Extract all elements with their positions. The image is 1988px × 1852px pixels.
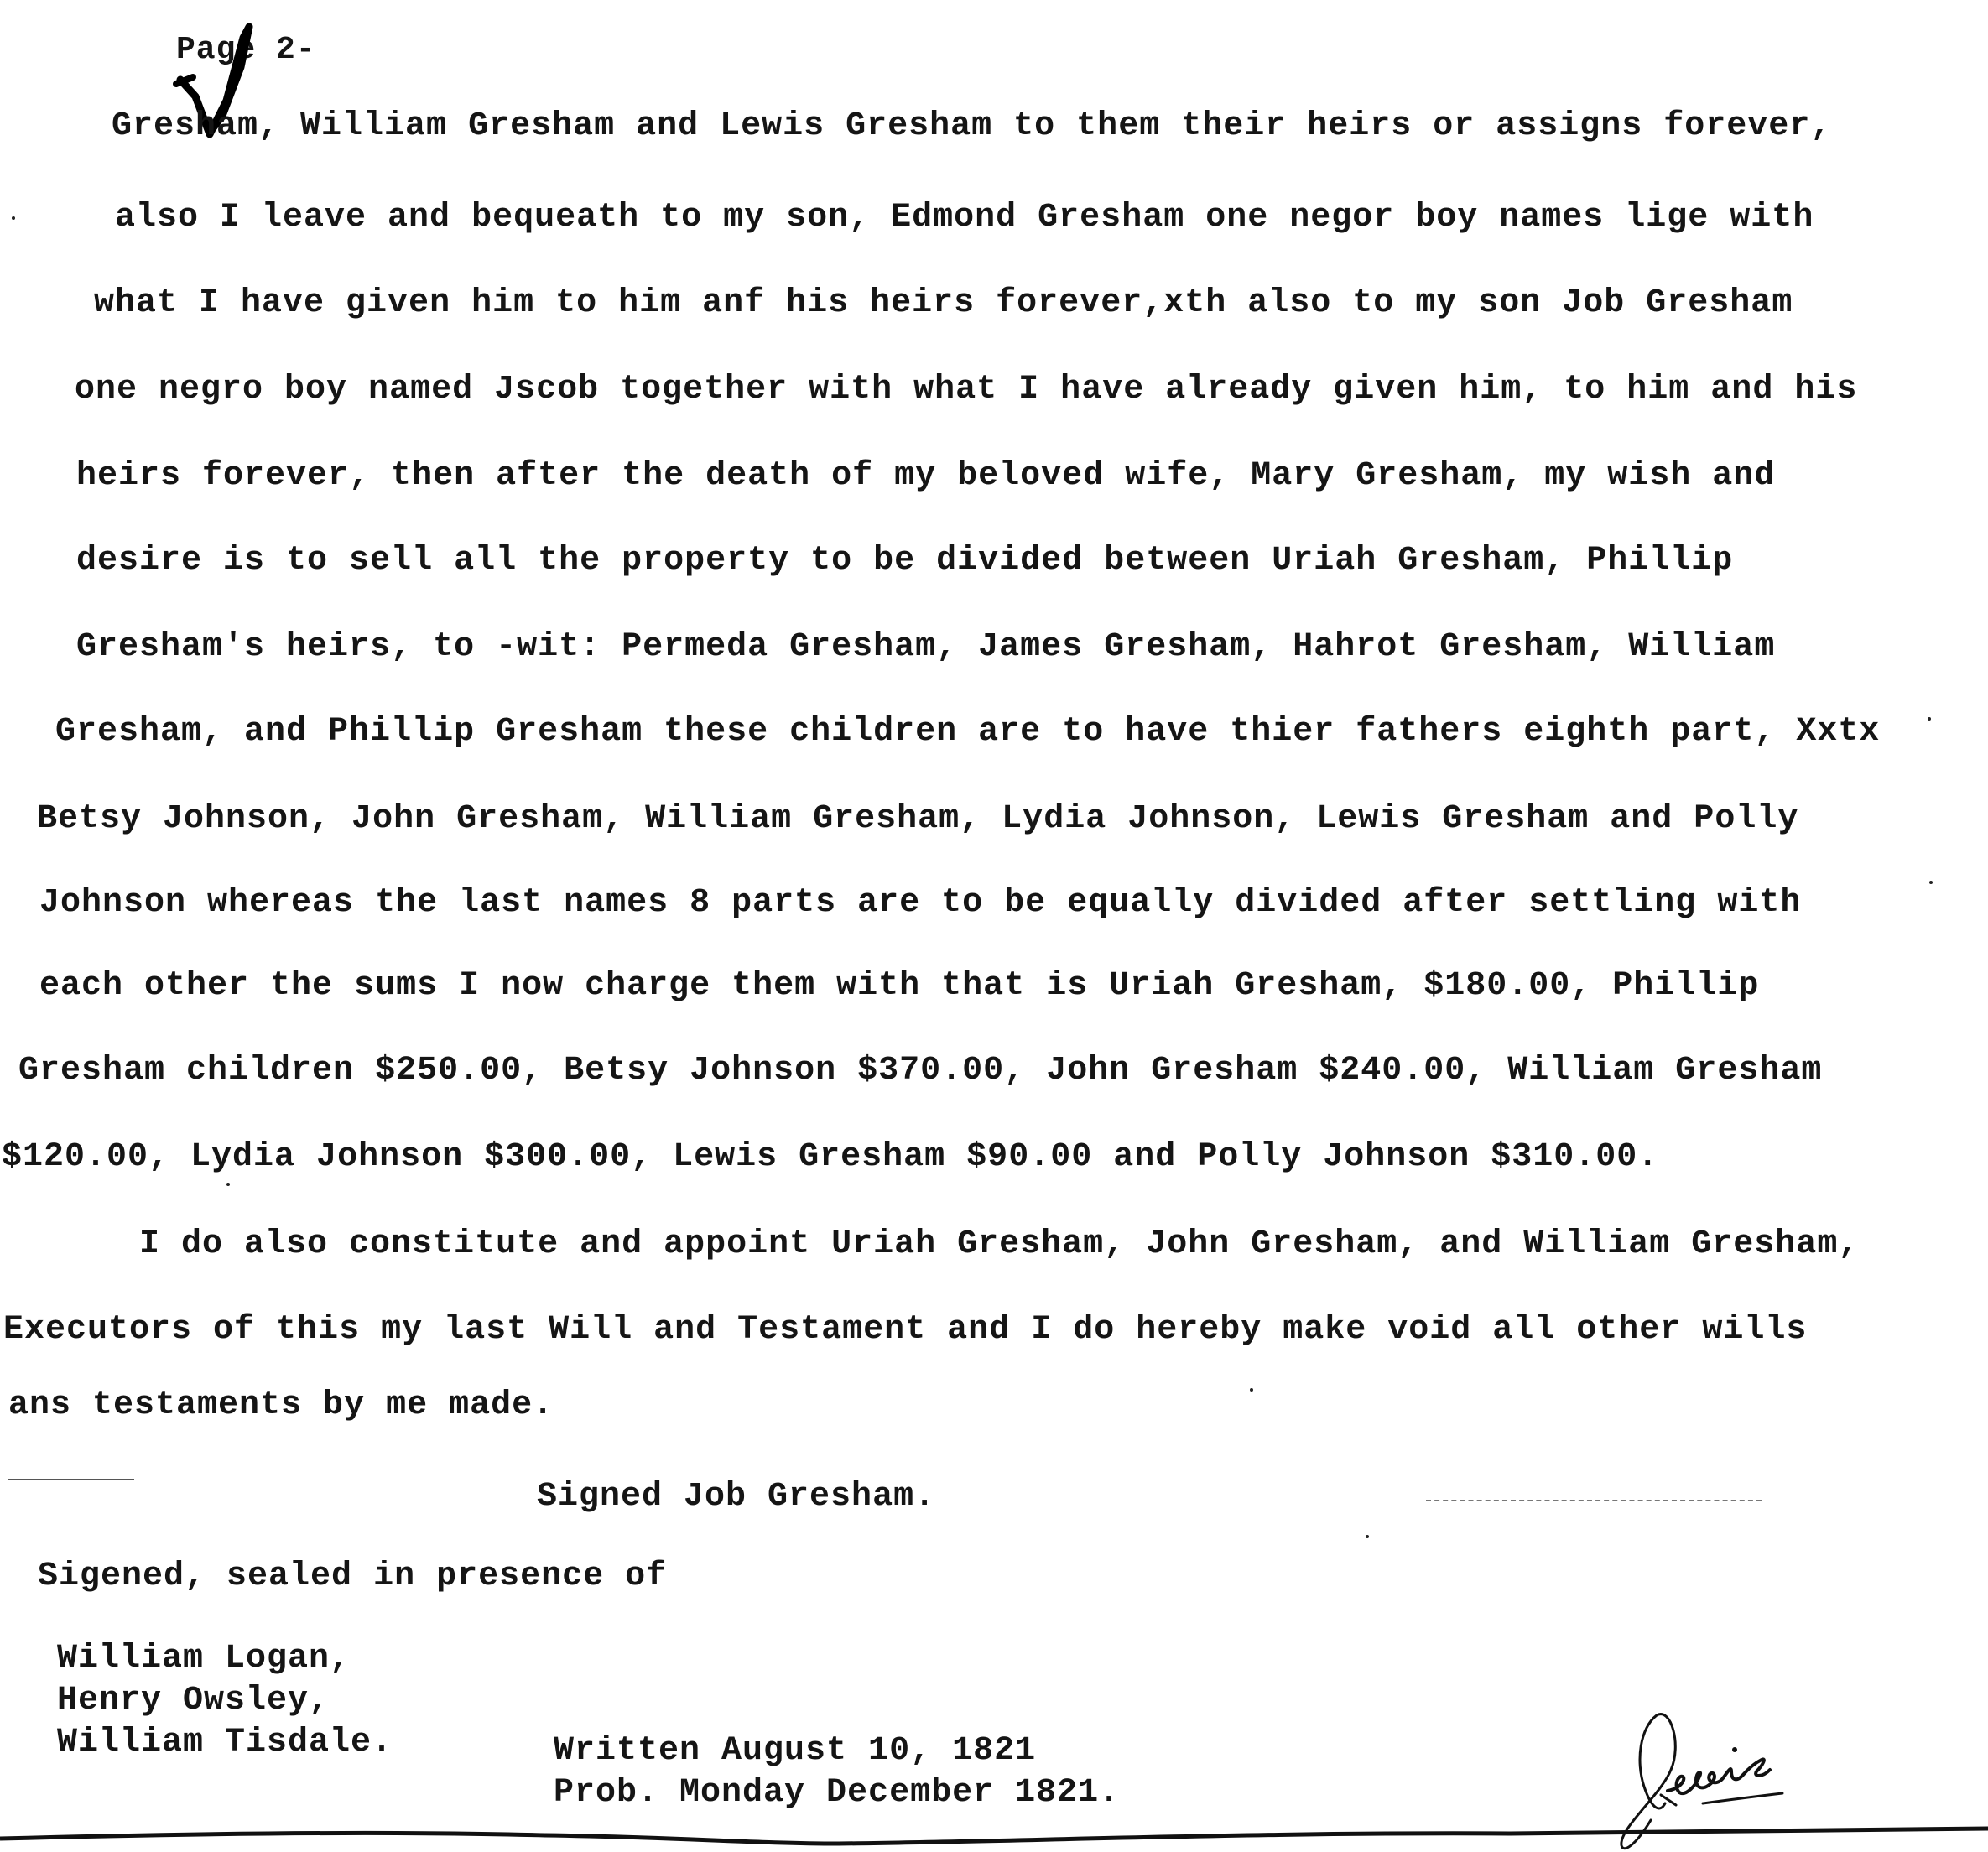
signed-line: Signed Job Gresham. <box>537 1480 935 1514</box>
body-line: Gresham's heirs, to -wit: Permeda Gresha… <box>76 631 1775 664</box>
scan-speck <box>1929 881 1933 884</box>
body-line: ans testaments by me made. <box>8 1389 554 1423</box>
body-line: also I leave and bequeath to my son, Edm… <box>115 201 1814 235</box>
scan-speck <box>1250 1388 1253 1392</box>
scan-artifact-line <box>8 1479 134 1480</box>
scanned-will-page: Page 2- Gresham, William Gresham and Lew… <box>0 0 1988 1852</box>
body-line: desire is to sell all the property to be… <box>76 544 1733 578</box>
body-line: heirs forever, then after the death of m… <box>76 460 1775 493</box>
body-line: Betsy Johnson, John Gresham, William Gre… <box>37 803 1798 836</box>
body-line: each other the sums I now charge them wi… <box>39 970 1759 1003</box>
body-line: Johnson whereas the last names 8 parts a… <box>39 887 1801 920</box>
probate-date: Prob. Monday December 1821. <box>554 1777 1120 1810</box>
witness-name: William Tisdale. <box>57 1726 393 1760</box>
body-line: one negro boy named Jscob together with … <box>75 373 1857 407</box>
body-line: Gresham, and Phillip Gresham these child… <box>55 715 1880 749</box>
body-line: $120.00, Lydia Johnson $300.00, Lewis Gr… <box>2 1141 1658 1174</box>
witness-heading: Sigened, sealed in presence of <box>38 1560 667 1594</box>
body-line: I do also constitute and appoint Uriah G… <box>139 1228 1859 1262</box>
witness-name: Henry Owsley, <box>57 1684 330 1718</box>
body-line: Gresham, William Gresham and Lewis Gresh… <box>112 110 1831 143</box>
witness-name: William Logan, <box>57 1642 351 1676</box>
scan-artifact-line <box>1426 1500 1762 1501</box>
written-date: Written August 10, 1821 <box>554 1735 1036 1768</box>
body-line: what I have given him to him anf his hei… <box>94 287 1793 320</box>
body-line: Executors of this my last Will and Testa… <box>3 1314 1807 1347</box>
scan-speck <box>226 1183 230 1186</box>
bottom-rule <box>0 1820 1988 1852</box>
scan-speck <box>12 216 15 220</box>
scan-speck <box>1928 717 1931 721</box>
scan-speck <box>1366 1535 1369 1538</box>
body-line: Gresham children $250.00, Betsy Johnson … <box>18 1054 1822 1088</box>
